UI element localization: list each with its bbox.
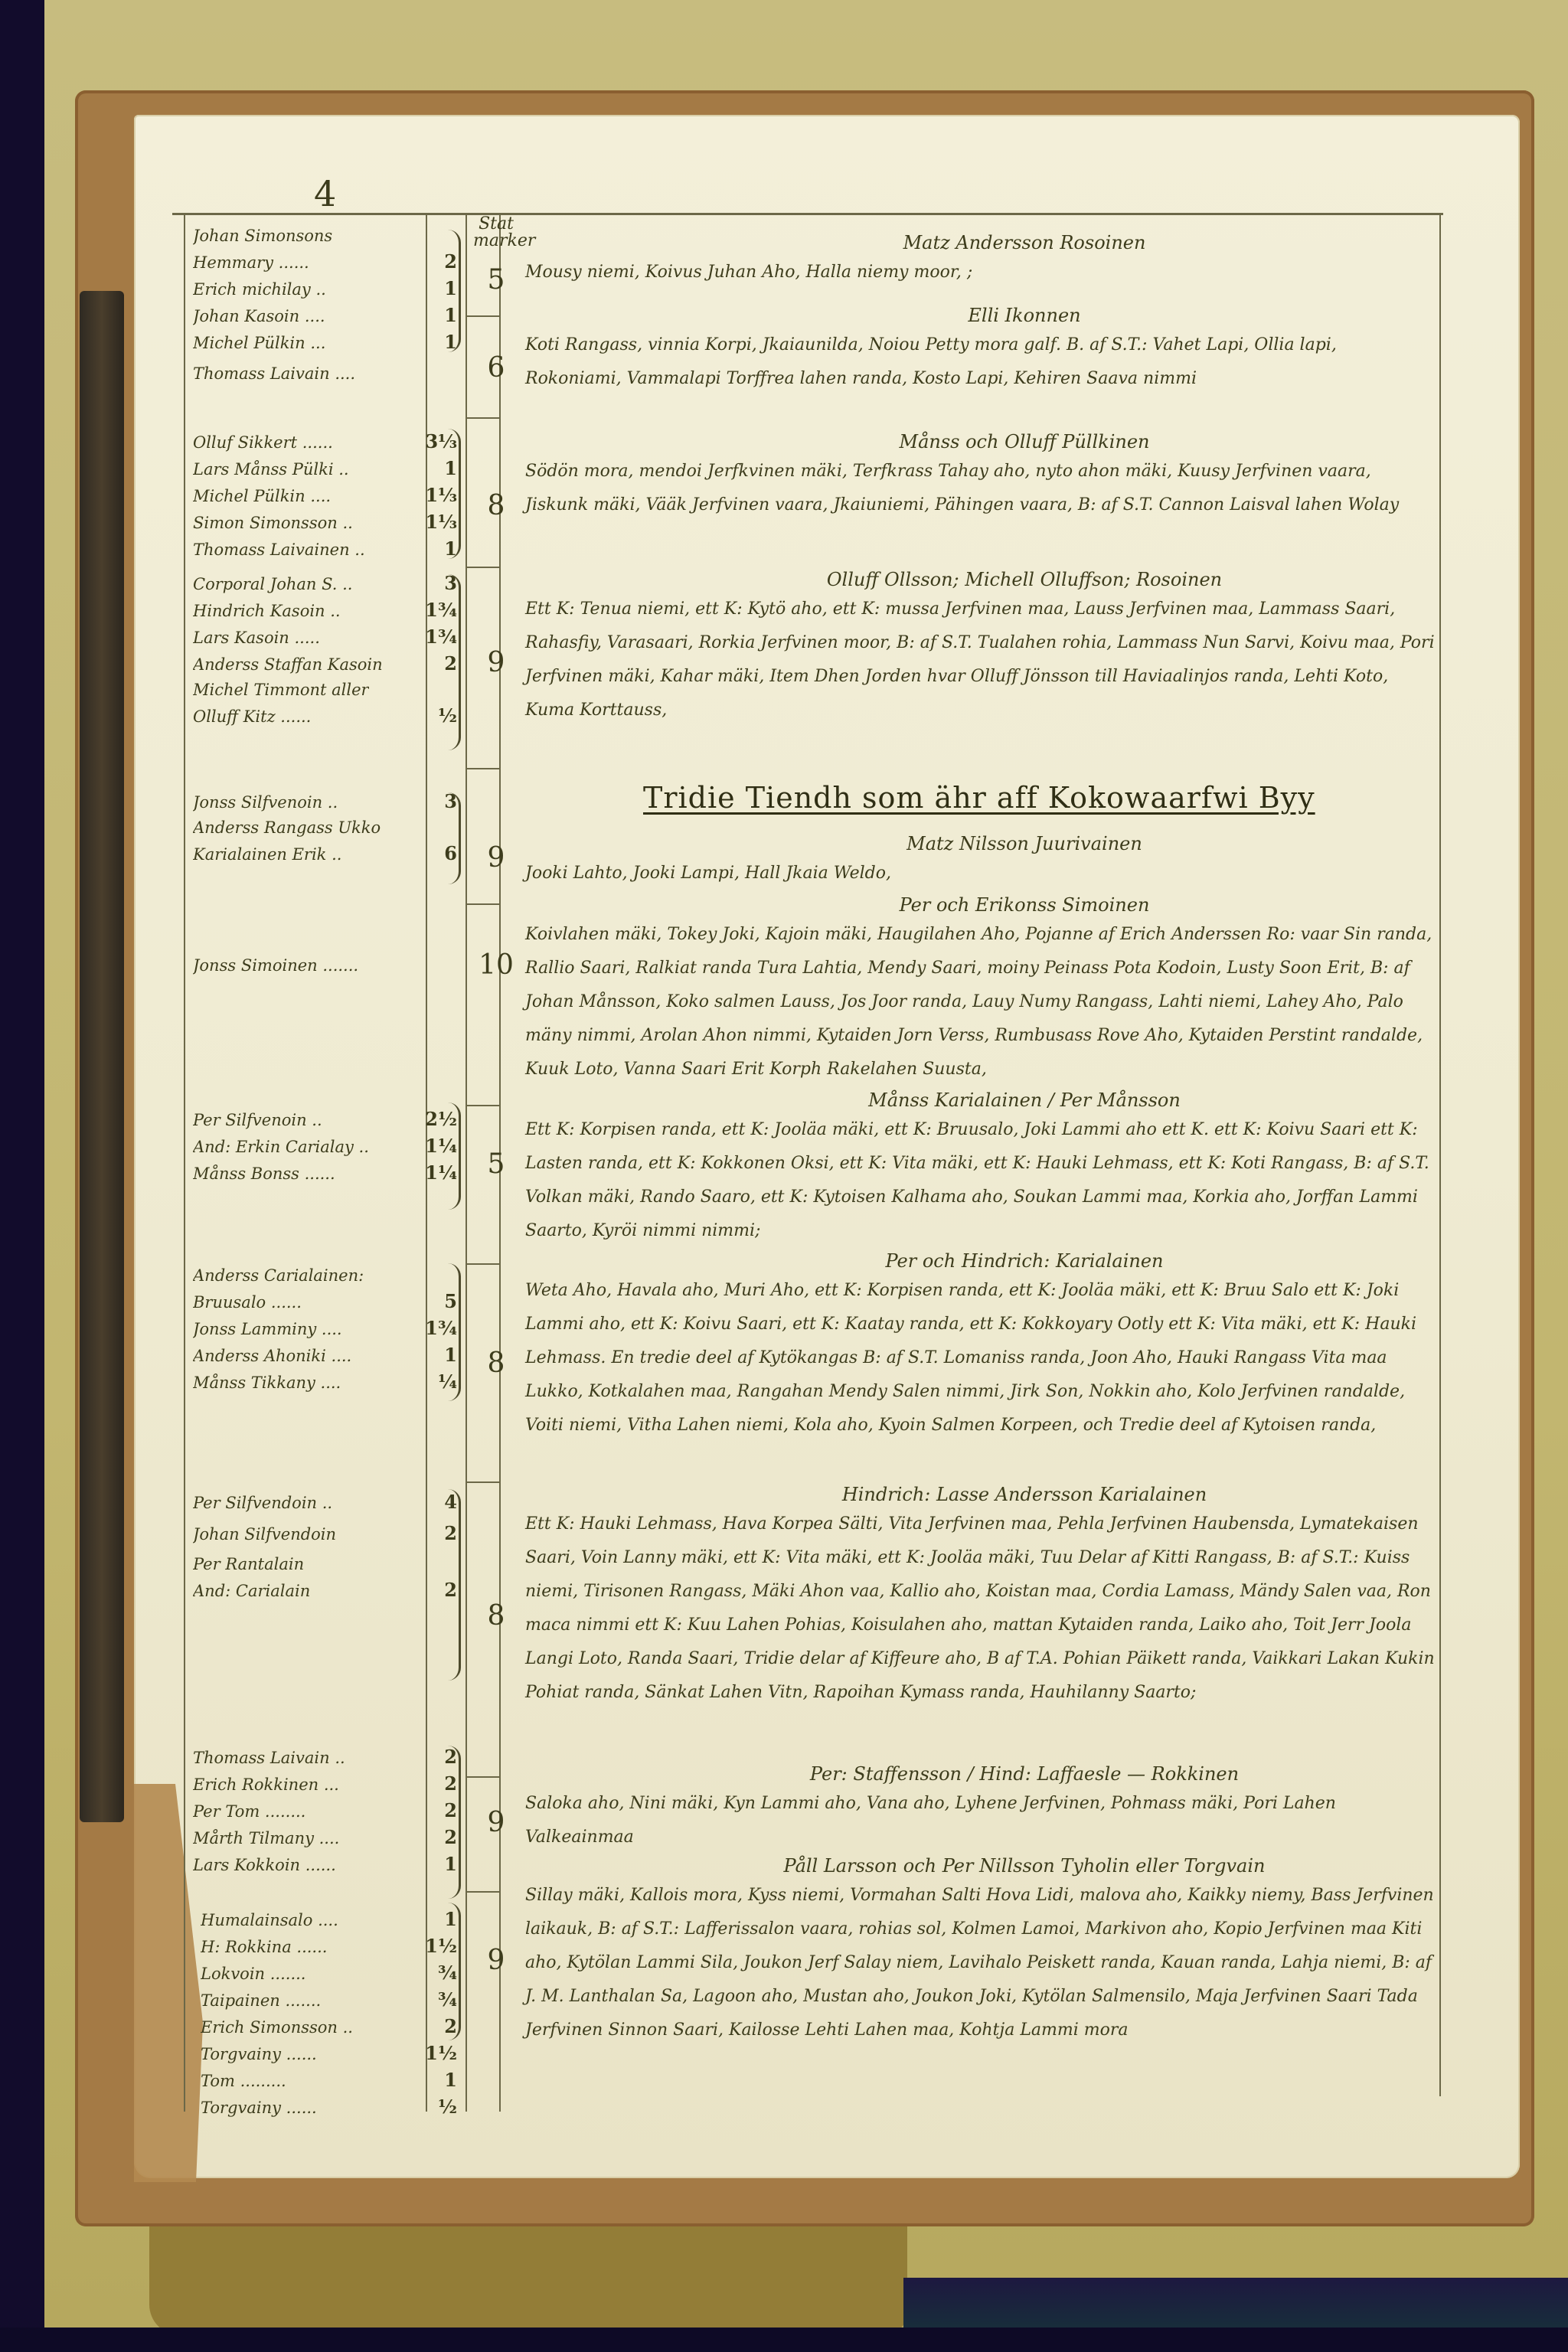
brace-mark bbox=[448, 429, 461, 559]
holder-name: Månss Bonss ...... bbox=[193, 1161, 335, 1187]
holder-name: Thomass Laivainen .. bbox=[193, 537, 365, 563]
top-rule bbox=[172, 213, 1443, 215]
holder-name: Olluff Kitz ...... bbox=[193, 704, 311, 730]
scan-border-left bbox=[0, 0, 44, 2352]
stat-marker-value: 10 bbox=[473, 949, 519, 981]
holder-group: Humalainsalo ....1 H: Rokkina ......1½ L… bbox=[201, 1906, 457, 2121]
holder-share: ½ bbox=[433, 2094, 457, 2119]
scan-border-bottom bbox=[0, 2327, 1568, 2352]
holder-name: Corporal Johan S. .. bbox=[193, 572, 352, 597]
brace-mark bbox=[448, 1746, 461, 1899]
right-margin-rule bbox=[1439, 213, 1441, 2096]
brace-mark bbox=[448, 230, 461, 352]
entry-heading: Hindrich: Lasse Andersson Karialainen bbox=[519, 1481, 1438, 1508]
holder-name: Månss Tikkany .... bbox=[193, 1370, 341, 1396]
holder-group: Jonss Simoinen ....... bbox=[193, 953, 457, 978]
holder-group: Jonss Silfvenoin ..3 Anderss Rangass Ukk… bbox=[193, 789, 457, 867]
group-divider bbox=[465, 315, 501, 317]
land-entry: Per: Staffensson / Hind: Laffaesle — Rok… bbox=[519, 1761, 1438, 1854]
land-entry: Månss och Olluff Püllkinen Södön mora, m… bbox=[519, 429, 1438, 522]
land-entry: Matz Andersson Rosoinen Mousy niemi, Koi… bbox=[519, 230, 1438, 289]
holder-name: Johan Simonsons bbox=[193, 224, 332, 249]
holder-name: Per Silfvenoin .. bbox=[193, 1108, 322, 1133]
stat-marker-value: 9 bbox=[473, 647, 519, 678]
holder-name: Lars Kokkoin ...... bbox=[193, 1853, 336, 1878]
group-divider bbox=[465, 567, 501, 568]
entry-heading: Matz Andersson Rosoinen bbox=[519, 230, 1438, 256]
holder-name: Jonss Simoinen ....... bbox=[193, 953, 358, 978]
entry-body: Sillay mäki, Kallois mora, Kyss niemi, V… bbox=[519, 1879, 1438, 2047]
holder-group: Olluf Sikkert ......3⅓ Lars Månss Pülki … bbox=[193, 429, 457, 563]
holder-name: Lars Kasoin ..... bbox=[193, 626, 320, 651]
holder-name: Torgvainy ...... bbox=[201, 2042, 317, 2067]
brace-mark bbox=[448, 1102, 461, 1210]
holder-name: Per Tom ........ bbox=[193, 1799, 305, 1824]
land-entry: Hindrich: Lasse Andersson Karialainen Et… bbox=[519, 1481, 1438, 1710]
brace-mark bbox=[448, 574, 461, 750]
entry-body: Weta Aho, Havala aho, Muri Aho, ett K: K… bbox=[519, 1274, 1438, 1442]
left-margin-rule bbox=[184, 213, 185, 2112]
brace-mark bbox=[448, 1903, 461, 2040]
entry-heading: Månss Karialainen / Per Månsson bbox=[519, 1087, 1438, 1113]
entry-body: Koivlahen mäki, Tokey Joki, Kajoin mäki,… bbox=[519, 918, 1438, 1086]
entry-body: Mousy niemi, Koivus Juhan Aho, Halla nie… bbox=[519, 256, 1438, 289]
entry-heading: Per och Hindrich: Karialainen bbox=[519, 1248, 1438, 1274]
holder-name: Michel Timmont aller bbox=[193, 678, 369, 703]
holder-name: Michel Pülkin .... bbox=[193, 484, 331, 509]
holder-group: Johan Simonsons Hemmary ......2 Erich mi… bbox=[193, 224, 457, 356]
group-divider bbox=[465, 1481, 501, 1483]
entry-heading: Månss och Olluff Püllkinen bbox=[519, 429, 1438, 455]
stat-marker-value: 9 bbox=[473, 842, 519, 874]
stat-marker-value: 5 bbox=[473, 1148, 519, 1180]
holder-name: Tom ......... bbox=[201, 2069, 286, 2094]
holder-name: Anderss Carialainen: bbox=[193, 1263, 364, 1289]
holder-group: Per Silfvendoin ..4 Johan Silfvendoin2 P… bbox=[193, 1489, 457, 1604]
holder-name: And: Erkin Carialay .. bbox=[193, 1135, 369, 1160]
entry-body: Ett K: Tenua niemi, ett K: Kytö aho, ett… bbox=[519, 593, 1438, 727]
holder-name: Per Silfvendoin .. bbox=[193, 1491, 332, 1516]
stat-marker-value: 8 bbox=[473, 490, 519, 521]
brace-mark bbox=[448, 1263, 461, 1401]
holder-name: Per Rantalain bbox=[193, 1552, 304, 1577]
entry-heading: Påll Larsson och Per Nillsson Tyholin el… bbox=[519, 1853, 1438, 1879]
brace-mark bbox=[448, 792, 461, 884]
group-divider bbox=[465, 1776, 501, 1778]
holder-name: Johan Silfvendoin bbox=[193, 1522, 336, 1547]
scan-border-strip bbox=[903, 2278, 1568, 2335]
holder-name: Jonss Lamminy .... bbox=[193, 1317, 342, 1342]
holder-share: 1 bbox=[439, 2067, 457, 2092]
group-divider bbox=[465, 1105, 501, 1106]
holder-share: 1½ bbox=[420, 2040, 457, 2066]
holder-name: Lokvoin ....... bbox=[201, 1962, 305, 1987]
holder-name: Olluf Sikkert ...... bbox=[193, 430, 333, 456]
entry-heading: Matz Nilsson Juurivainen bbox=[519, 831, 1438, 857]
land-entry: Matz Nilsson Juurivainen Jooki Lahto, Jo… bbox=[519, 831, 1438, 890]
holder-name: Hemmary ...... bbox=[193, 250, 309, 276]
entry-body: Södön mora, mendoi Jerfkvinen mäki, Terf… bbox=[519, 455, 1438, 522]
holder-name: Erich Simonsson .. bbox=[201, 2015, 353, 2040]
stat-marker-header: Stat marker bbox=[473, 216, 519, 250]
entry-body: Jooki Lahto, Jooki Lampi, Hall Jkaia Wel… bbox=[519, 857, 1438, 890]
holder-name: Thomass Laivain .. bbox=[193, 1746, 345, 1771]
entry-body: Ett K: Korpisen randa, ett K: Jooläa mäk… bbox=[519, 1113, 1438, 1248]
group-divider bbox=[465, 768, 501, 769]
holder-name: Johan Kasoin .... bbox=[193, 304, 325, 329]
group-divider bbox=[465, 903, 501, 905]
entry-heading: Olluff Ollsson; Michell Olluffson; Rosoi… bbox=[519, 567, 1438, 593]
holder-name: Bruusalo ...... bbox=[193, 1290, 302, 1315]
holder-name: Michel Pülkin ... bbox=[193, 331, 325, 356]
page-number: 4 bbox=[314, 173, 336, 214]
entry-heading: Per: Staffensson / Hind: Laffaesle — Rok… bbox=[519, 1761, 1438, 1787]
stat-marker-value: 9 bbox=[473, 1807, 519, 1838]
holder-name: Erich Rokkinen ... bbox=[193, 1772, 339, 1798]
stat-marker-value: 8 bbox=[473, 1347, 519, 1379]
entry-body: Ett K: Hauki Lehmass, Hava Korpea Sälti,… bbox=[519, 1508, 1438, 1710]
land-entry: Påll Larsson och Per Nillsson Tyholin el… bbox=[519, 1853, 1438, 2047]
group-divider bbox=[465, 1891, 501, 1893]
land-entry: Per och Hindrich: Karialainen Weta Aho, … bbox=[519, 1248, 1438, 1442]
land-entry: Olluff Ollsson; Michell Olluffson; Rosoi… bbox=[519, 567, 1438, 727]
book-spine bbox=[80, 291, 124, 1822]
holder-name: And: Carialain bbox=[193, 1579, 310, 1604]
holder-group: Thomass Laivain .... bbox=[193, 361, 457, 387]
holder-name: Humalainsalo .... bbox=[201, 1908, 338, 1933]
holder-group: Per Silfvenoin ..2½ And: Erkin Carialay … bbox=[193, 1106, 457, 1187]
holder-name: Karialainen Erik .. bbox=[193, 842, 341, 867]
group-divider bbox=[465, 417, 501, 419]
entry-heading: Elli Ikonnen bbox=[519, 302, 1438, 328]
entry-heading: Per och Erikonss Simoinen bbox=[519, 892, 1438, 918]
stat-marker-value: 8 bbox=[473, 1600, 519, 1632]
land-entry: Månss Karialainen / Per Månsson Ett K: K… bbox=[519, 1087, 1438, 1248]
holder-group: Anderss Carialainen: Bruusalo ......5 Jo… bbox=[193, 1263, 457, 1396]
holder-name: Erich michilay .. bbox=[193, 277, 326, 302]
holder-name: H: Rokkina ...... bbox=[201, 1935, 327, 1960]
land-entry: Elli Ikonnen Koti Rangass, vinnia Korpi,… bbox=[519, 302, 1438, 396]
holder-name: Mårth Tilmany .... bbox=[193, 1826, 339, 1851]
holder-name: Taipainen ....... bbox=[201, 1988, 321, 2014]
holder-group: Thomass Laivain ..2 Erich Rokkinen ...2 … bbox=[193, 1744, 457, 1878]
entry-body: Koti Rangass, vinnia Korpi, Jkaiaunilda,… bbox=[519, 328, 1438, 396]
stat-marker-value: 5 bbox=[473, 264, 519, 296]
holder-name: Anderss Staffan Kasoin bbox=[193, 652, 383, 678]
brace-mark bbox=[448, 1489, 461, 1681]
section-title: Tridie Tiendh som ähr aff Kokowaarfwi By… bbox=[643, 781, 1332, 815]
holder-name: Simon Simonsson .. bbox=[193, 511, 353, 536]
land-entry: Per och Erikonss Simoinen Koivlahen mäki… bbox=[519, 892, 1438, 1086]
holder-name: Thomass Laivain .... bbox=[193, 361, 355, 387]
holder-name: Anderss Rangass Ukko bbox=[193, 815, 381, 841]
holder-name: Torgvainy ...... bbox=[201, 2096, 317, 2121]
mark-column-rule bbox=[465, 213, 467, 2112]
holder-name: Anderss Ahoniki .... bbox=[193, 1344, 351, 1369]
holder-name: Hindrich Kasoin .. bbox=[193, 599, 341, 624]
group-divider bbox=[465, 1263, 501, 1265]
stat-marker-value: 9 bbox=[473, 1945, 519, 1976]
holder-name: Jonss Silfvenoin .. bbox=[193, 790, 338, 815]
holder-group: Corporal Johan S. ..3 Hindrich Kasoin ..… bbox=[193, 570, 457, 730]
book-shadow bbox=[149, 2220, 907, 2335]
stat-marker-value: 6 bbox=[473, 352, 519, 384]
entry-body: Saloka aho, Nini mäki, Kyn Lammi aho, Va… bbox=[519, 1787, 1438, 1854]
holder-name: Lars Månss Pülki .. bbox=[193, 457, 349, 482]
